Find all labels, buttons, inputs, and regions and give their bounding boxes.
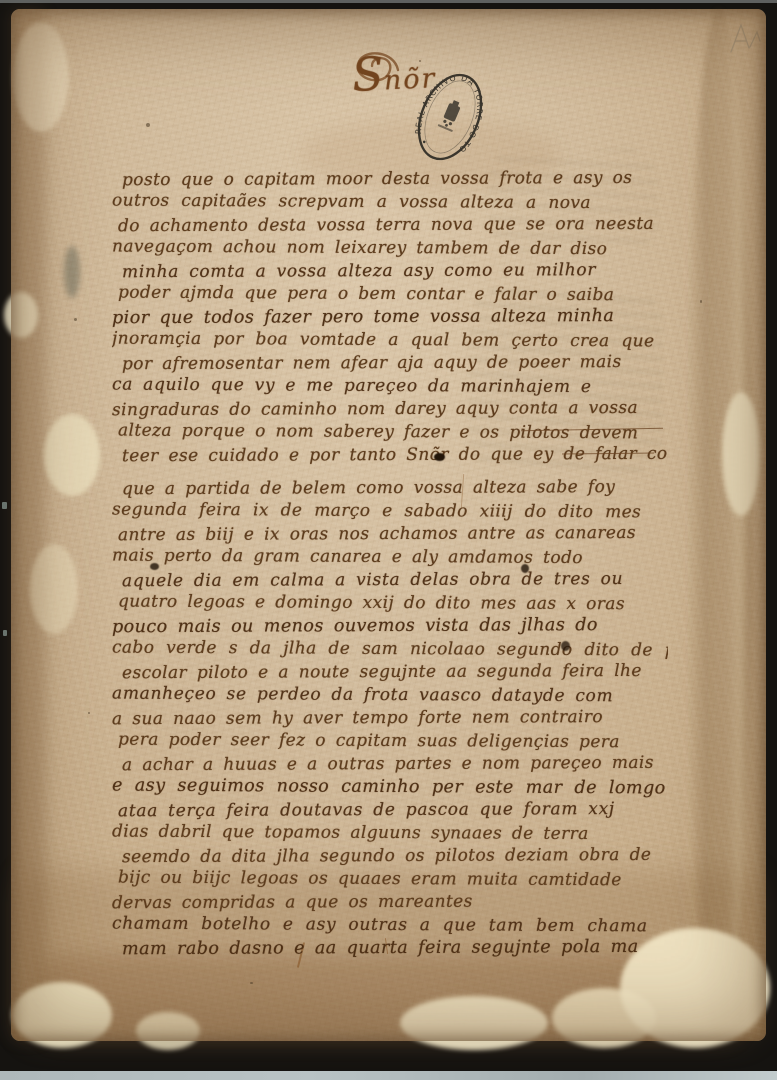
manuscript-line: dias dabril que topamos alguuns synaaes … xyxy=(112,821,668,847)
frame-fleck xyxy=(3,630,7,636)
ink-blot xyxy=(150,563,159,570)
manuscript-line: amanheçeo se perdeo da frota vaasco data… xyxy=(112,683,668,709)
scanner-edge-strip xyxy=(0,1071,777,1080)
manuscript-line: do achamento desta vossa terra nova que … xyxy=(118,213,668,238)
speck xyxy=(700,300,702,303)
speck xyxy=(74,318,77,321)
manuscript-line: jnoramçia por boa vomtade a qual bem çer… xyxy=(112,328,668,354)
manuscript-scan: Snõr REAL ARCHIVO DA TORRE DO TOMBO xyxy=(0,0,777,1080)
manuscript-line: pouco mais ou menos ouvemos vista das jl… xyxy=(112,614,668,639)
manuscript-line: alteza porque o nom saberey fazer e os p… xyxy=(118,420,668,446)
ink-blot xyxy=(521,564,529,573)
manuscript-line: e asy seguimos nosso caminho per este ma… xyxy=(112,775,668,801)
manuscript-line: aquele dia em calma a vista delas obra d… xyxy=(122,568,668,593)
manuscript-line: chamam botelho e asy outras a que tam be… xyxy=(112,913,668,939)
manuscript-line: segunda feira ix de março e sabado xiiij… xyxy=(112,499,668,525)
manuscript-line: posto que o capitam moor desta vossa fro… xyxy=(122,167,668,192)
manuscript-line: escolar piloto e a noute segujnte aa seg… xyxy=(122,660,668,685)
manuscript-line: ca aquilo que vy e me pareçeo da marinha… xyxy=(112,374,668,400)
pencil-mark xyxy=(724,16,766,64)
manuscript-line: a achar a huuas e a outras partes e nom … xyxy=(122,752,668,777)
speck xyxy=(250,982,253,984)
manuscript-line: pior que todos fazer pero tome vossa alt… xyxy=(112,305,668,330)
manuscript-line: ataa terça feira doutavas de pascoa que … xyxy=(118,798,668,823)
manuscript-line: singraduras do caminho nom darey aquy co… xyxy=(112,397,668,422)
frame-fleck xyxy=(2,502,7,509)
manuscript-line: poder ajmda que pera o bem contar e fala… xyxy=(118,282,668,308)
speck xyxy=(88,712,90,714)
archive-stamp: REAL ARCHIVO DA TORRE DO TOMBO xyxy=(404,66,496,168)
ink-blot xyxy=(434,453,445,461)
manuscript-line: por afremosentar nem afear aja aquy de p… xyxy=(122,351,668,376)
manuscript-line: bijc ou biijc legoas os quaaes eram muit… xyxy=(118,867,668,893)
manuscript-line: a sua naao sem hy aver tempo forte nem c… xyxy=(112,706,668,731)
manuscript-line: mais perto da gram canarea e aly amdamos… xyxy=(112,545,668,571)
manuscript-text: posto que o capitam moor desta vossa fro… xyxy=(112,168,668,960)
paragraph-2: que a partida de belem como vossa alteza… xyxy=(112,477,668,960)
paragraph-1: posto que o capitam moor desta vossa fro… xyxy=(112,168,668,467)
manuscript-line: que a partida de belem como vossa alteza… xyxy=(122,476,668,501)
manuscript-line: quatro legoas e domingo xxij do dito mes… xyxy=(118,591,668,617)
speck xyxy=(146,123,150,127)
manuscript-line: mam rabo dasno e aa quarta feira segujnt… xyxy=(122,936,668,961)
manuscript-line: navegaçom achou nom leixarey tambem de d… xyxy=(112,236,668,262)
manuscript-line: teer ese cuidado e por tanto Snõr do que… xyxy=(122,443,668,468)
manuscript-line: pera poder seer fez o capitam suas delig… xyxy=(118,729,668,755)
ink-blot xyxy=(561,641,570,651)
manuscript-line: antre as biij e ix oras nos achamos antr… xyxy=(118,522,668,547)
manuscript-line: outros capitaães screpvam a vossa alteza… xyxy=(112,190,668,216)
manuscript-line: minha comta a vossa alteza asy como eu m… xyxy=(122,259,668,284)
manuscript-line: cabo verde s da jlha de sam nicolaao seg… xyxy=(112,637,668,663)
stamp-crest-icon xyxy=(438,98,464,132)
manuscript-line: dervas compridas a que os mareantes xyxy=(112,890,668,915)
manuscript-line: seemdo da dita jlha segundo os pilotos d… xyxy=(122,844,668,869)
